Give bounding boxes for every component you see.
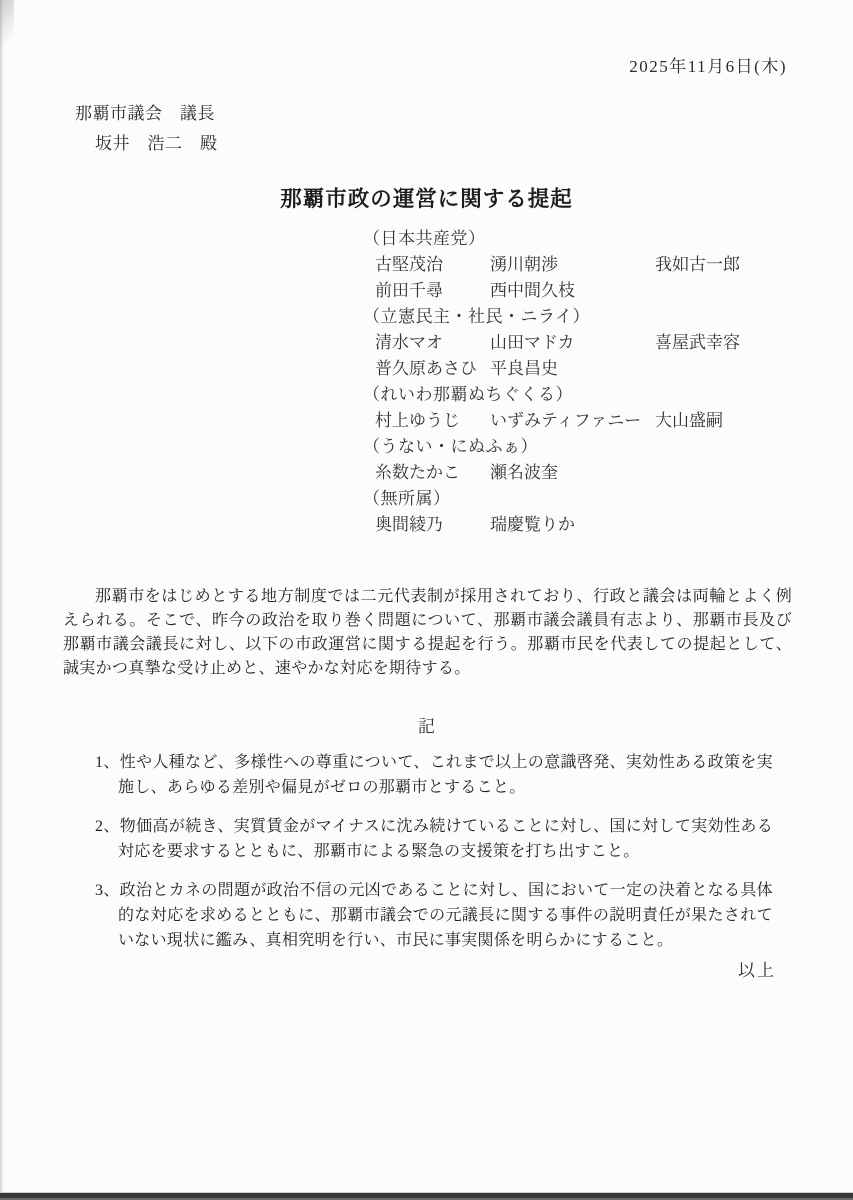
signatory-row: 糸数たかこ 瀬名波奎	[363, 460, 833, 486]
page-left-edge	[0, 0, 3, 1200]
signatory-name: 普久原あさひ	[375, 356, 477, 382]
document-title: 那覇市政の運営に関する提起	[0, 182, 853, 213]
signatory-name: 我如古一郎	[655, 252, 740, 278]
item-number: 1、	[95, 754, 120, 771]
signatory-name: 湧川朝渉	[490, 252, 558, 278]
page-bottom-edge	[0, 1192, 853, 1200]
signatory-name: いずみティファニー	[490, 408, 641, 434]
recipient-organization: 那覇市議会 議長	[75, 99, 215, 124]
proposal-item-2: 2、物価高が続き、実質賃金がマイナスに沈み続けていることに対し、国に対して実効性…	[95, 814, 773, 864]
document-page: 2025年11月6日(木) 那覇市議会 議長 坂井 浩二 殿 那覇市政の運営に関…	[0, 0, 853, 1200]
closing-marker: 以上	[738, 956, 776, 981]
record-marker: 記	[0, 712, 853, 737]
signatory-name: 大山盛嗣	[655, 408, 723, 434]
recipient-name: 坂井 浩二 殿	[95, 129, 218, 154]
signatory-row: 古堅茂治 湧川朝渉 我如古一郎	[363, 252, 833, 278]
signatory-row: 前田千尋 西中間久枝	[363, 278, 833, 304]
item-text: 政治とカネの問題が政治不信の元凶であることに対し、国において一定の決着となる具体…	[118, 882, 773, 949]
party-label-mushozoku: （無所属）	[363, 486, 833, 512]
signatory-name: 糸数たかこ	[375, 460, 460, 486]
proposal-items: 1、性や人種など、多様性への尊重について、これまで以上の意識啓発、実効性ある政策…	[95, 750, 773, 967]
proposal-item-1: 1、性や人種など、多様性への尊重について、これまで以上の意識啓発、実効性ある政策…	[95, 750, 773, 800]
signatory-name: 清水マオ	[375, 330, 443, 356]
signatory-name: 瑞慶覧りか	[490, 512, 575, 538]
item-number: 3、	[95, 882, 120, 899]
party-label-unai: （うない・にぬふぁ）	[363, 434, 833, 460]
signatory-name: 奥間綾乃	[375, 512, 443, 538]
document-date: 2025年11月6日(木)	[629, 52, 787, 77]
signatory-name: 瀬名波奎	[490, 460, 558, 486]
item-number: 2、	[95, 818, 120, 835]
signatory-name: 喜屋武幸容	[655, 330, 740, 356]
item-text: 物価高が続き、実質賃金がマイナスに沈み続けていることに対し、国に対して実効性ある…	[118, 818, 773, 860]
page-topleft-shade	[0, 0, 14, 60]
signatory-name: 山田マドカ	[490, 330, 575, 356]
signatory-name: 村上ゆうじ	[375, 408, 460, 434]
signatories-list: （日本共産党） 古堅茂治 湧川朝渉 我如古一郎 前田千尋 西中間久枝 （立憲民主…	[363, 226, 833, 538]
item-text: 性や人種など、多様性への尊重について、これまで以上の意識啓発、実効性ある政策を実…	[118, 754, 773, 796]
party-label-jcp: （日本共産党）	[363, 226, 833, 252]
signatory-row: 清水マオ 山田マドカ 喜屋武幸容	[363, 330, 833, 356]
signatory-name: 平良昌史	[490, 356, 558, 382]
body-paragraph: 那覇市をはじめとする地方制度では二元代表制が採用されており、行政と議会は両輪とよ…	[63, 585, 792, 681]
signatory-name: 古堅茂治	[375, 252, 443, 278]
signatory-row: 村上ゆうじ いずみティファニー 大山盛嗣	[363, 408, 833, 434]
signatory-row: 普久原あさひ 平良昌史	[363, 356, 833, 382]
signatory-row: 奥間綾乃 瑞慶覧りか	[363, 512, 833, 538]
signatory-name: 前田千尋	[375, 278, 443, 304]
party-label-rikken: （立憲民主・社民・ニライ）	[363, 304, 833, 330]
party-label-reiwa: （れいわ那覇ぬちぐくる）	[363, 382, 833, 408]
proposal-item-3: 3、政治とカネの問題が政治不信の元凶であることに対し、国において一定の決着となる…	[95, 878, 773, 953]
signatory-name: 西中間久枝	[490, 278, 575, 304]
